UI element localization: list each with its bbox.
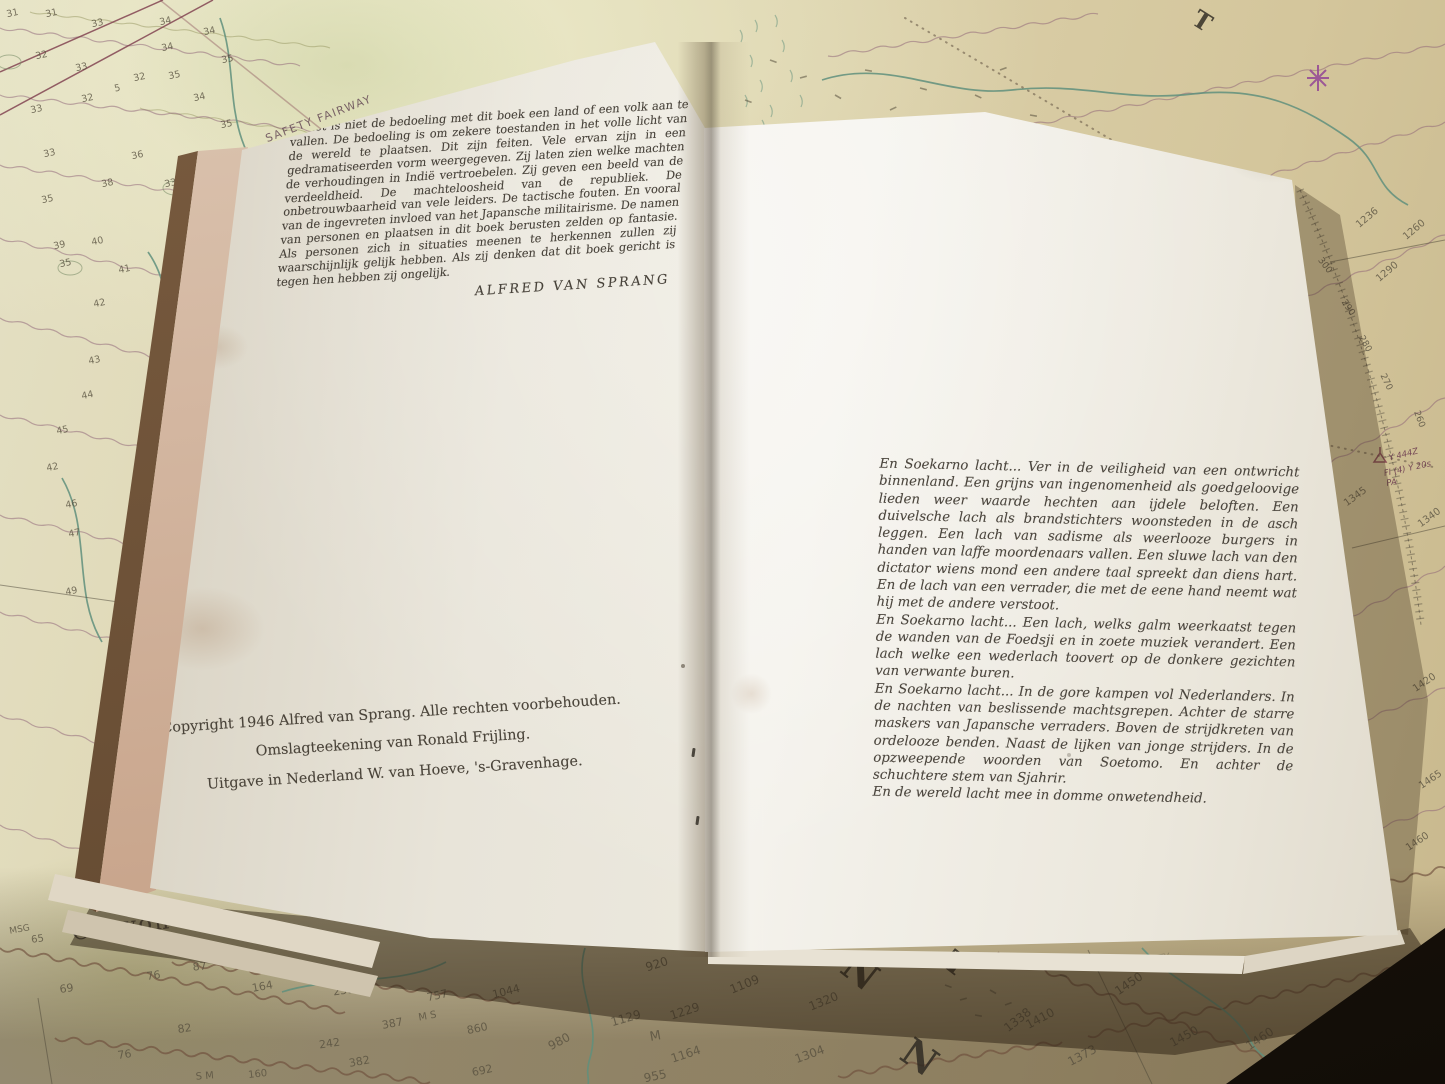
map-label: 76 [117,1047,133,1062]
photo-scene: 3131333432343435333235532343533333638353… [0,0,1445,1084]
map-label: 33 [90,17,104,30]
map-label: 260 [1411,410,1426,430]
colophon-text: Copyright 1946 Alfred van Sprang. Alle r… [156,685,631,802]
map-label: 31 [5,7,19,20]
map-label: 242 [318,1036,341,1052]
map-label: S M [195,1070,214,1083]
soekarno-paragraph: En Soekarno lacht... Een lach, welks gal… [875,611,1296,689]
map-label: 65 [31,933,45,946]
map-label: 692 [471,1062,494,1079]
map-label: 382 [348,1053,371,1069]
map-label: 955 [643,1067,668,1084]
map-label: 38 [100,177,114,190]
map-label: 35 [58,257,72,270]
map-label: 33 [42,147,56,160]
map-label: M S [418,1010,438,1024]
map-label: 1164 [669,1043,702,1066]
foreword-text: Het is niet de bedoeling met dit boek ee… [274,98,690,313]
map-label: 270 [1378,372,1395,392]
foreword-paragraph: Het is niet de bedoeling met dit boek ee… [276,98,689,290]
map-label: 76 [146,968,162,983]
map-label: 1236 [1354,206,1381,231]
map-label: 40 [90,235,104,248]
map-label: 33 [74,61,88,74]
soekarno-paragraph: En Soekarno lacht... Ver in de veilighei… [876,456,1299,620]
map-label: 35 [220,53,234,66]
map-label: 1260 [1401,218,1428,243]
paper-speck [681,664,685,668]
map-label: 1340 [1416,506,1443,530]
map-label: 860 [466,1020,489,1037]
map-label: 164 [251,978,274,994]
soekarno-text: En Soekarno lacht... Ver in de veilighei… [872,456,1299,810]
map-label: 34 [160,41,174,54]
map-label: 34 [192,91,206,104]
map-label: 31 [44,7,58,20]
map-label: 41 [117,263,131,276]
soekarno-paragraph: En Soekarno lacht... In de gore kampen v… [873,680,1295,792]
map-label: 387 [381,1015,404,1031]
map-label: 32 [34,49,48,62]
map-label: 82 [177,1021,193,1036]
map-label: Y 444Z [1388,447,1420,464]
map-large-letter: T [1187,4,1218,38]
map-label: 39 [52,239,66,252]
map-label: 34 [158,15,172,28]
map-label: 32 [132,71,146,84]
map-label: 46 [64,498,78,511]
map-label: 42 [45,461,59,474]
map-label: 45 [55,424,69,437]
map-label: 5 [113,83,121,95]
map-label: 44 [80,389,94,402]
map-label: 35 [219,118,233,131]
map-label: 36 [130,149,144,162]
map-label: 980 [546,1030,573,1053]
map-label: 35 [167,69,181,82]
map-label: 34 [202,25,216,38]
map-label: M [649,1028,663,1045]
map-label: 160 [248,1068,268,1081]
map-label: 33 [29,103,43,116]
map-label: 42 [92,297,106,310]
map-label: 69 [59,981,75,996]
map-label: 35 [40,193,54,206]
map-label: MSG [9,923,31,936]
map-label: 1304 [793,1042,826,1066]
map-label: 32 [80,92,94,105]
paper-stain [1067,753,1071,757]
map-label: 43 [87,354,101,367]
